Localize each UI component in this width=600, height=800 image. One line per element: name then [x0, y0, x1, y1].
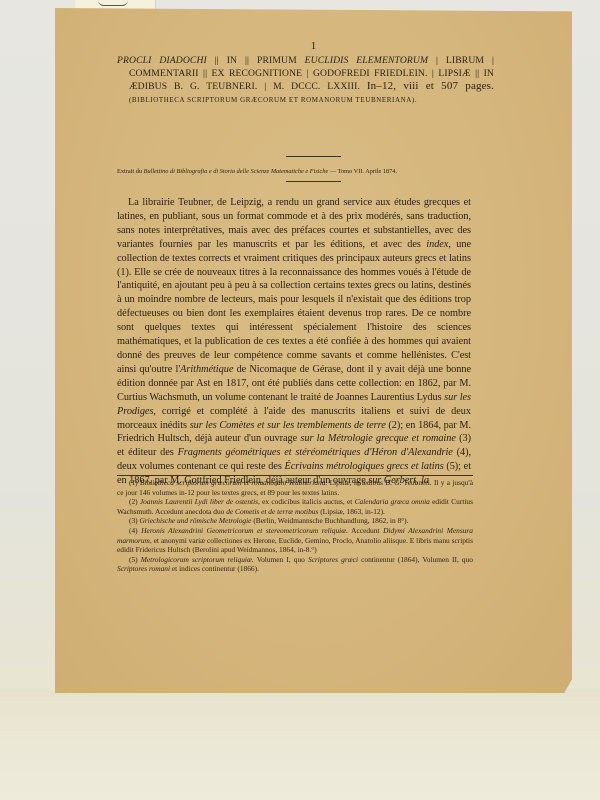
footnotes: (1) Bibliotheca scriptorum græcorum et r… — [117, 478, 473, 574]
italic-run: Scriptores græci — [308, 555, 358, 564]
pencil-mark — [98, 0, 128, 6]
text-run: , ex codicibus italicis auctus, et — [258, 497, 355, 506]
italic-run: sur les Comètes et sur les tremblements … — [190, 420, 386, 431]
table-surface — [0, 690, 600, 800]
caption-prefix: Extrait du — [117, 168, 144, 175]
italic-run: Bibliotheca scriptorum græcorum et roman… — [140, 478, 327, 487]
text-run: (5) — [129, 555, 141, 564]
text-run: (3) — [129, 516, 139, 525]
footnote-rule — [117, 475, 473, 476]
text-run: (Lipsiæ, 1863, in-12). — [318, 507, 385, 516]
italic-run: Écrivains métrologiques grecs et latins — [284, 461, 443, 472]
italic-run: Arithmétique — [180, 364, 233, 375]
italic-run: sur la Métrologie grecque et romaine — [300, 433, 455, 444]
caption-suffix: — Tomo VII. Aprile 1874. — [328, 168, 397, 175]
italic-run: Joannis Laurentii Lydi liber de ostentis — [140, 497, 258, 506]
document-page: 1 Procli Diadochi || in || primum Euclid… — [55, 8, 572, 693]
italic-run: Heronis Alexandrini Geometricorum et ste… — [141, 526, 348, 535]
italic-run: Metrologicorum scriptorum reliquiæ. — [141, 555, 254, 564]
body-paragraph: La librairie Teubner, de Leipzig, a rend… — [117, 196, 471, 488]
footnote-1: (1) Bibliotheca scriptorum græcorum et r… — [117, 478, 473, 497]
italic-run: Griechische und römische Metrologie — [139, 516, 251, 525]
text-run: (1) — [129, 478, 140, 487]
footnote-4: (4) Heronis Alexandrini Geometricorum et… — [117, 526, 473, 555]
text-run: Volumen I, quo — [254, 555, 308, 564]
caption-journal: Bullettino di Bibliografia e di Storia d… — [144, 168, 329, 175]
title-series: (Bibliotheca scriptorum græcorum et roma… — [129, 96, 417, 104]
text-run: , une collection de textes corrects et v… — [117, 239, 471, 375]
footnote-3: (3) Griechische und römische Metrologie … — [117, 516, 473, 526]
text-run: continentur (1864), Volumen II, quo — [358, 555, 473, 564]
text-run: La librairie Teubner, de Leipzig, a rend… — [117, 197, 471, 250]
bibliographic-title: Procli Diadochi || in || primum Euclidis… — [117, 54, 494, 107]
footnote-5: (5) Metrologicorum scriptorum reliquiæ. … — [117, 555, 473, 574]
offprint-caption: Extrait du Bullettino di Bibliografia e … — [117, 168, 487, 176]
divider-bottom — [286, 181, 341, 182]
title-format: In–12, viii et 507 pages. — [367, 80, 494, 92]
title-work: Euclidis Elementorum — [305, 55, 429, 66]
italic-run: de Cometis et de terræ motibus — [226, 507, 318, 516]
italic-run: Fragments géométriques et stéréométrique… — [178, 447, 453, 458]
divider-top — [286, 156, 341, 157]
text-run: (2) — [129, 497, 140, 506]
italic-run: Calendaria græca omnia — [355, 497, 430, 506]
text-run: , et anonymi variæ collectiones ex Heron… — [117, 536, 473, 555]
text-run: et indices continentur (1866). — [170, 564, 259, 573]
text-run: Accedunt — [348, 526, 383, 535]
title-sep: || in || primum — [207, 55, 305, 66]
title-author: Procli Diadochi — [117, 55, 207, 66]
text-run: (Berlin, Weidmannsche Buchhandlung, 1862… — [251, 516, 408, 525]
italic-run: Scriptores romani — [117, 564, 170, 573]
italic-run: index — [426, 239, 448, 250]
text-run: (4) — [129, 526, 141, 535]
page-number: 1 — [55, 40, 572, 52]
footnote-2: (2) Joannis Laurentii Lydi liber de oste… — [117, 497, 473, 516]
